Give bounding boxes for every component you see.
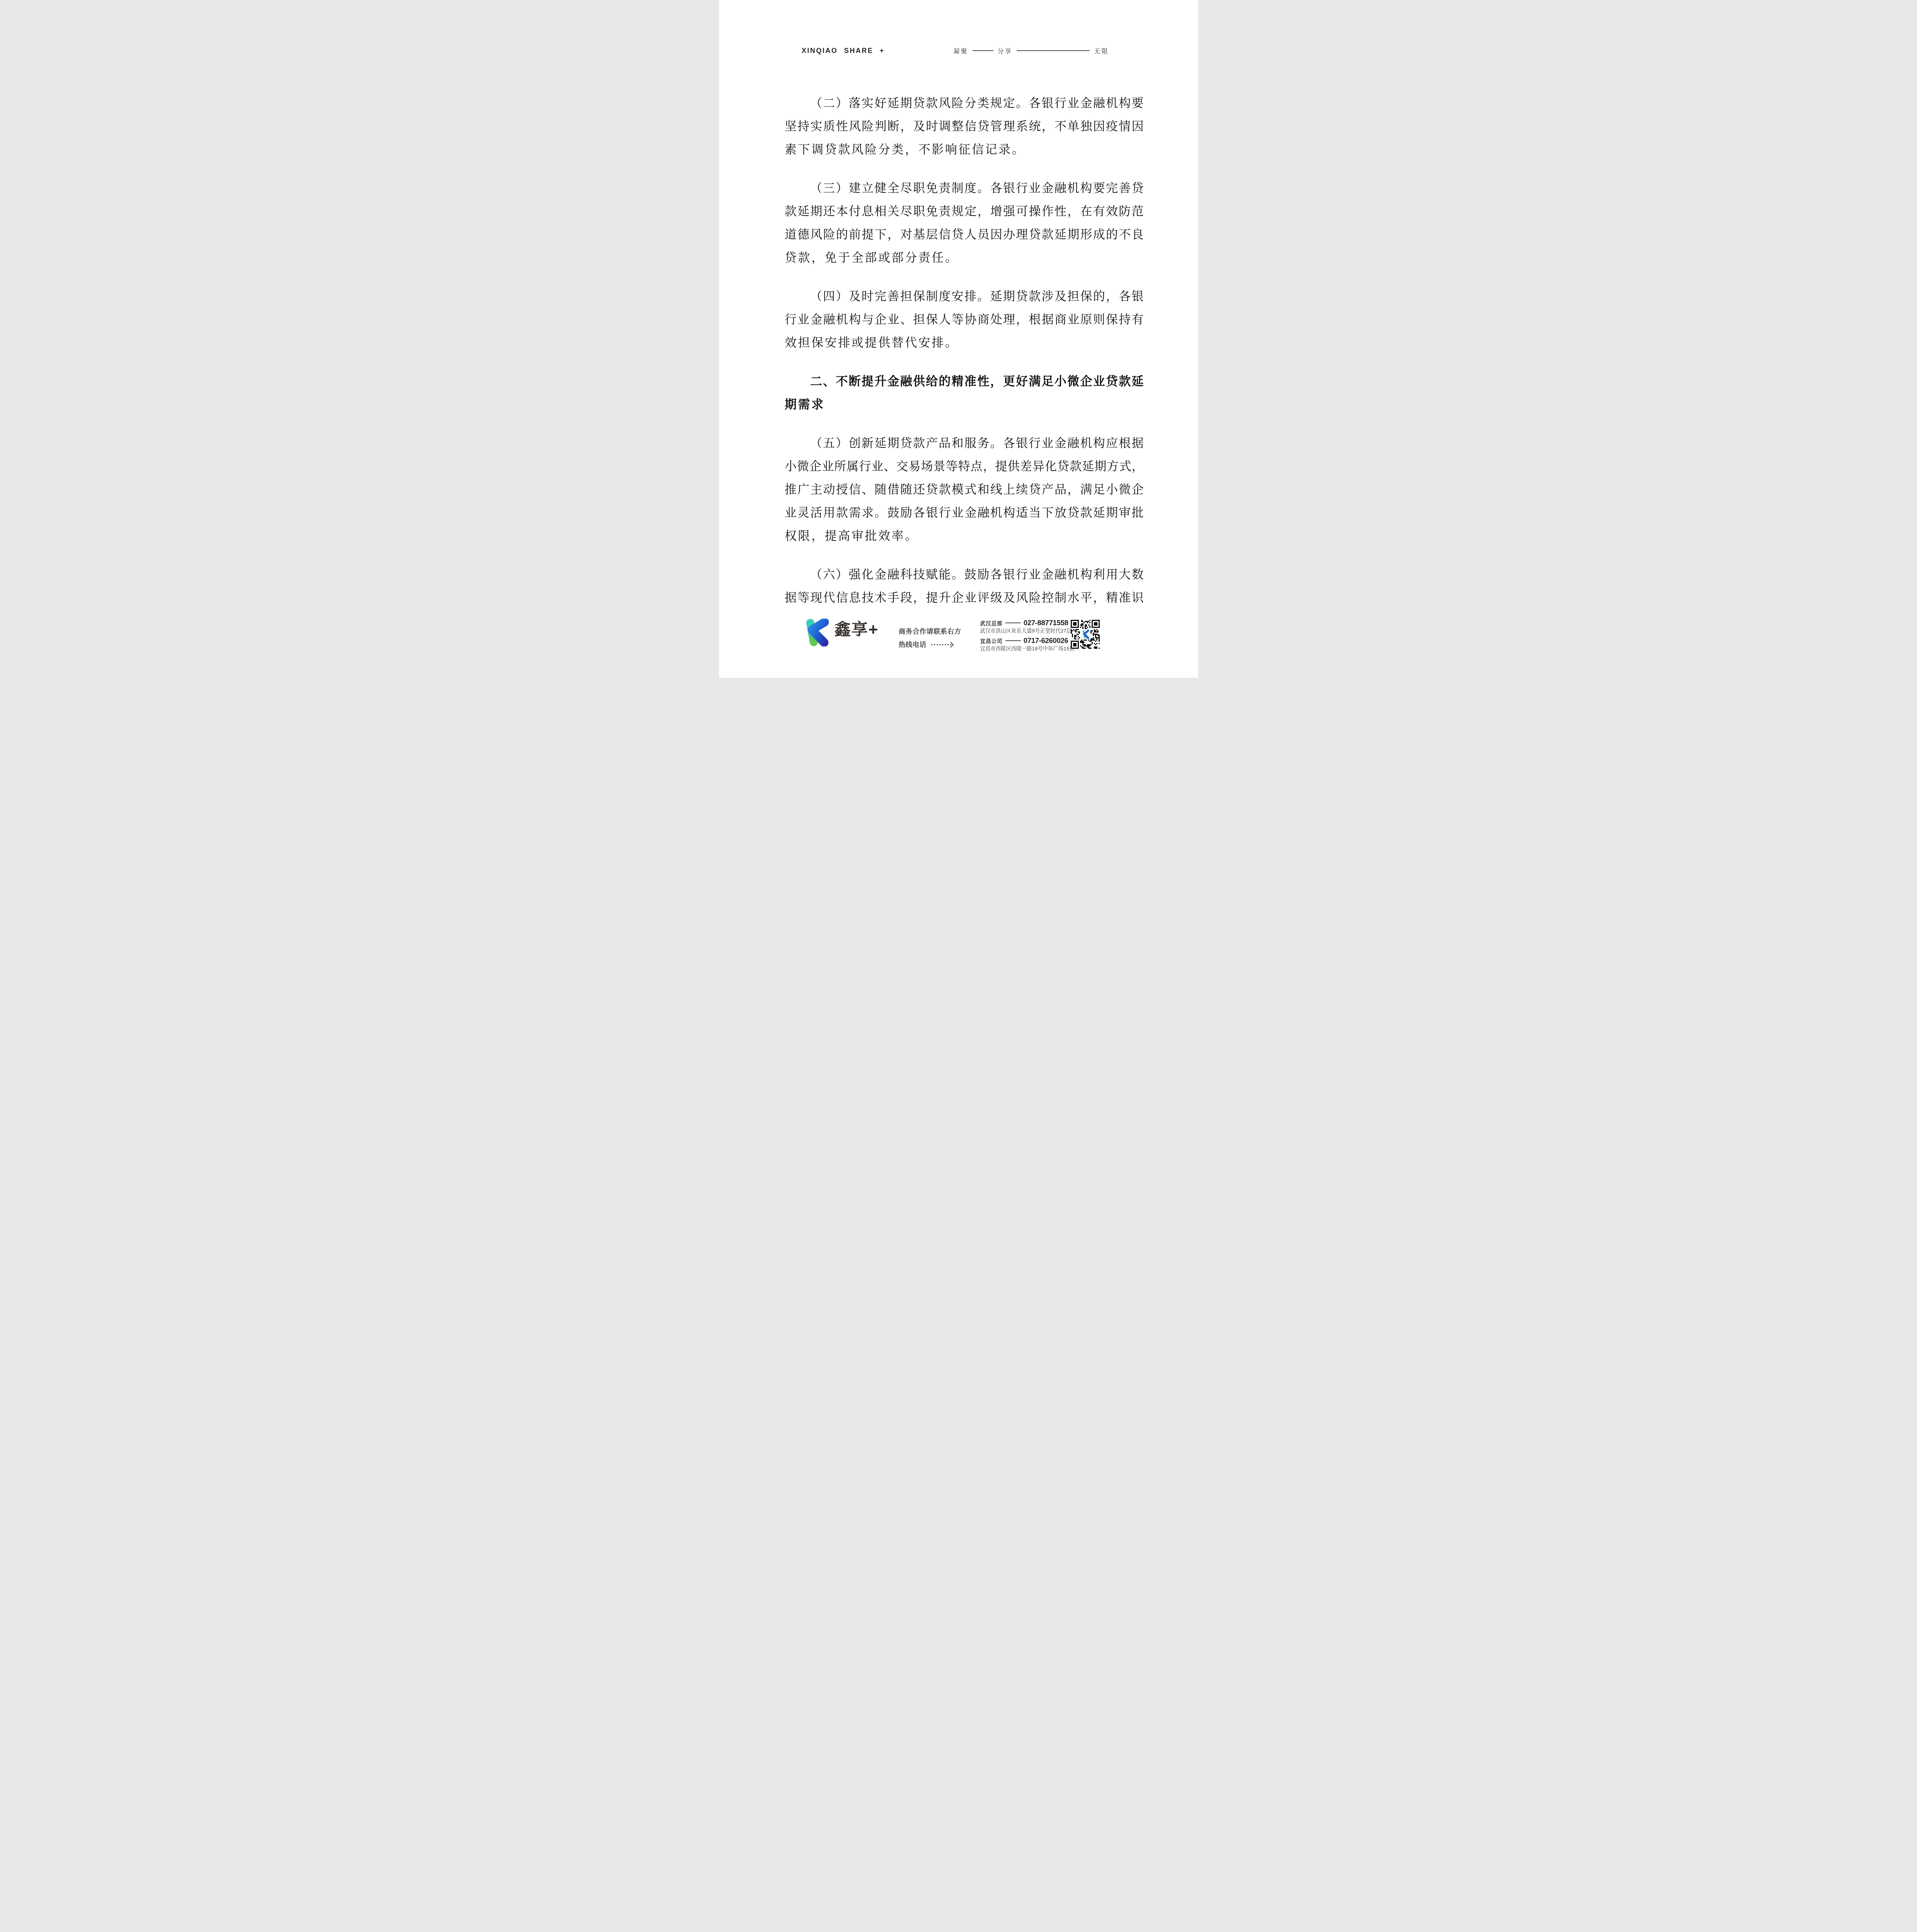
xinqiao-x-logo-icon [802, 619, 830, 646]
office-phone: 0717-6260026 [1024, 636, 1068, 645]
document-page: XINQIAO SHARE + 凝聚 分享 无限 （二）落实好延期贷款风险分类规… [719, 0, 1198, 678]
logo-wordmark: 鑫享+ [835, 617, 879, 640]
document-body: （二）落实好延期贷款风险分类规定。各银行业金融机构要 坚持实质性风险判断，及时调… [785, 92, 1144, 625]
office-label: 宜昌公司 [980, 637, 1003, 645]
body-line: （五）创新延期贷款产品和服务。各银行业金融机构应根据 [785, 432, 1144, 455]
office-label: 武汉总部 [980, 619, 1003, 627]
body-line: （二）落实好延期贷款风险分类规定。各银行业金融机构要 [785, 92, 1144, 115]
body-line: 效担保安排或提供替代安排。 [785, 331, 1144, 354]
office-phone: 027-88771558 [1024, 619, 1068, 627]
office-row-yichang: 宜昌公司 0717-6260026 [980, 637, 1068, 645]
body-line: 贷款，免于全部或部分责任。 [785, 246, 1144, 269]
body-line: 业灵活用款需求。鼓励各银行业金融机构适当下放贷款延期审批 [785, 501, 1144, 524]
body-line: （六）强化金融科技赋能。鼓励各银行业金融机构利用大数 [785, 563, 1144, 586]
paragraph-item2: （二）落实好延期贷款风险分类规定。各银行业金融机构要 坚持实质性风险判断，及时调… [785, 92, 1144, 161]
section-heading: 二、不断提升金融供给的精准性，更好满足小微企业贷款延 期需求 [785, 370, 1144, 416]
body-line: 权限，提高审批效率。 [785, 524, 1144, 548]
contact-block: 武汉总部 027-88771558 武汉市洪山区欢乐大道9号正堂时代27层 宜昌… [980, 619, 1068, 655]
slogan-divider-long [1017, 50, 1090, 51]
body-line: 据等现代信息技术手段，提升企业评级及风险控制水平，精准识 [785, 586, 1144, 609]
qr-code [1071, 620, 1100, 649]
body-line: （四）及时完善担保制度安排。延期贷款涉及担保的，各银 [785, 285, 1144, 308]
arrow-right-icon [947, 641, 954, 648]
office-address: 宜昌市西陵区西陵一路18号中环广场15层 [980, 645, 1068, 652]
body-line: 款延期还本付息相关尽职免责规定，增强可操作性，在有效防范 [785, 200, 1144, 223]
office-address: 武汉市洪山区欢乐大道9号正堂时代27层 [980, 627, 1068, 634]
header-slogan: 凝聚 分享 无限 [954, 46, 1109, 56]
slogan-word-ningju: 凝聚 [954, 46, 968, 55]
heading-line: 二、不断提升金融供给的精准性，更好满足小微企业贷款延 [785, 370, 1144, 393]
slogan-word-wuxian: 无限 [1094, 46, 1109, 55]
slogan-word-fenxiang: 分享 [998, 46, 1012, 55]
contact-hint: 商务合作请联系右方 热线电话 [899, 625, 961, 651]
body-line: 道德风险的前提下，对基层信贷人员因办理贷款延期形成的不良 [785, 223, 1144, 246]
body-line: 行业金融机构与企业、担保人等协商处理，根据商业原则保持有 [785, 308, 1144, 331]
body-line: （三）建立健全尽职免责制度。各银行业金融机构要完善贷 [785, 177, 1144, 200]
body-line: 坚持实质性风险判断，及时调整信贷管理系统，不单独因疫情因 [785, 115, 1144, 138]
contact-hint-line1: 商务合作请联系右方 [899, 625, 961, 638]
body-line: 推广主动授信、随借随还贷款模式和线上续贷产品，满足小微企 [785, 478, 1144, 501]
slogan-divider-short [973, 50, 993, 51]
brand-wordmark: XINQIAO SHARE + [802, 47, 885, 55]
label-phone-divider [1005, 622, 1021, 623]
paragraph-item3: （三）建立健全尽职免责制度。各银行业金融机构要完善贷 款延期还本付息相关尽职免责… [785, 177, 1144, 269]
label-phone-divider [1005, 640, 1021, 641]
contact-hint-line2: 热线电话 [899, 638, 927, 651]
body-line: 素下调贷款风险分类，不影响征信记录。 [785, 138, 1144, 161]
paragraph-item5: （五）创新延期贷款产品和服务。各银行业金融机构应根据 小微企业所属行业、交易场景… [785, 432, 1144, 548]
body-line: 小微企业所属行业、交易场景等特点，提供差异化贷款延期方式， [785, 455, 1144, 478]
heading-line: 期需求 [785, 393, 1144, 416]
paragraph-item4: （四）及时完善担保制度安排。延期贷款涉及担保的，各银 行业金融机构与企业、担保人… [785, 285, 1144, 354]
paragraph-item6: （六）强化金融科技赋能。鼓励各银行业金融机构利用大数 据等现代信息技术手段，提升… [785, 563, 1144, 609]
office-row-wuhan: 武汉总部 027-88771558 [980, 619, 1068, 627]
